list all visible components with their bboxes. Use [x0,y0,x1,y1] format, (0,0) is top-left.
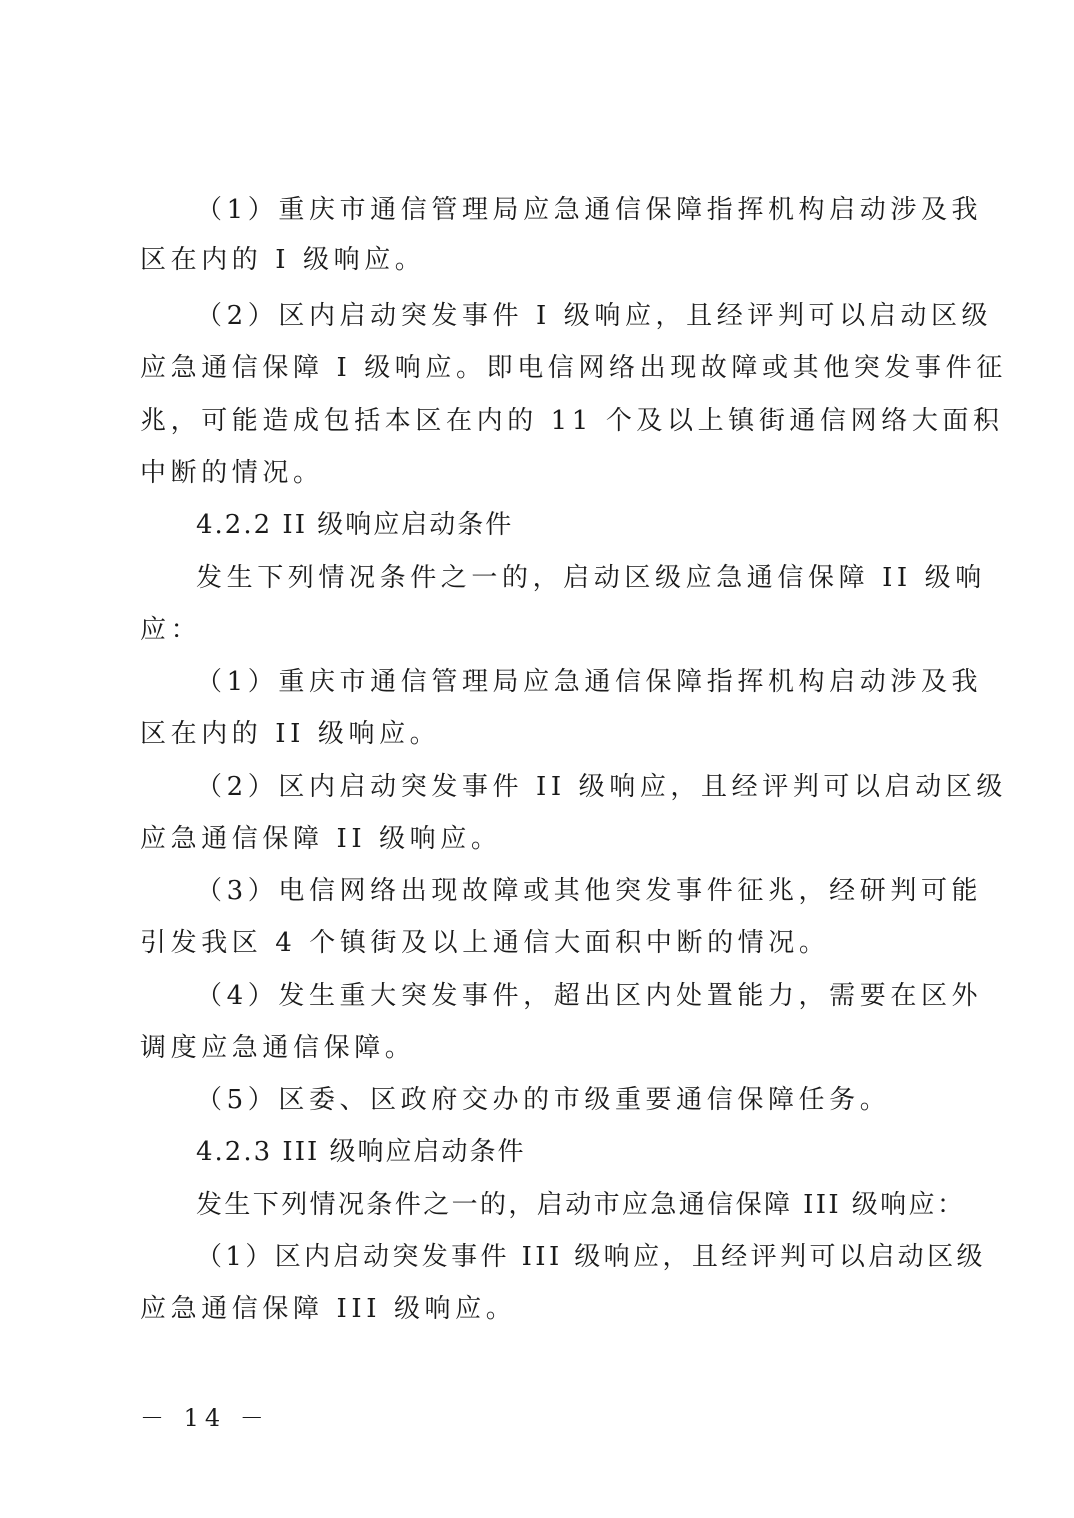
paragraph-line: 发生下列情况条件之一的，启动市应急通信保障 III 级响应： [196,1189,965,1221]
paragraph-line: （4）发生重大突发事件，超出区内处置能力，需要在区外 [196,980,982,1012]
paragraph-line: （1）区内启动突发事件 III 级响应，且经评判可以启动区级 [196,1241,986,1273]
paragraph-line: 发生下列情况条件之一的，启动区级应急通信保障 II 级响 [196,562,986,594]
page-number: － 14 － [140,1403,270,1433]
paragraph-line: （2）区内启动突发事件 II 级响应，且经评判可以启动区级 [196,771,1007,803]
section-heading-4-2-3: 4.2.3 III 级响应启动条件 [196,1136,526,1168]
paragraph-line: （2）区内启动突发事件 I 级响应，且经评判可以启动区级 [196,300,992,332]
paragraph-line: 兆，可能造成包括本区在内的 11 个及以上镇街通信网络大面积 [140,405,1004,437]
paragraph-line: （1）重庆市通信管理局应急通信保障指挥机构启动涉及我 [196,666,982,698]
section-heading-4-2-2: 4.2.2 II 级响应启动条件 [196,509,513,541]
paragraph-line: 调度应急通信保障。 [140,1032,415,1064]
paragraph-line: 应： [140,614,201,646]
paragraph-line: 区在内的 II 级响应。 [140,718,440,750]
paragraph-line: 中断的情况。 [140,457,324,489]
paragraph-line: （5）区委、区政府交办的市级重要通信保障任务。 [196,1084,890,1116]
paragraph-line: （3）电信网络出现故障或其他突发事件征兆，经研判可能 [196,875,982,907]
paragraph-line: 应急通信保障 II 级响应。 [140,823,501,855]
paragraph-line: 应急通信保障 I 级响应。即电信网络出现故障或其他突发事件征 [140,352,1007,384]
paragraph-line: 应急通信保障 III 级响应。 [140,1293,516,1325]
paragraph-line: 区在内的 I 级响应。 [140,244,425,276]
paragraph-line: （1）重庆市通信管理局应急通信保障指挥机构启动涉及我 [196,194,982,226]
paragraph-line: 引发我区 4 个镇街及以上通信大面积中断的情况。 [140,927,829,959]
